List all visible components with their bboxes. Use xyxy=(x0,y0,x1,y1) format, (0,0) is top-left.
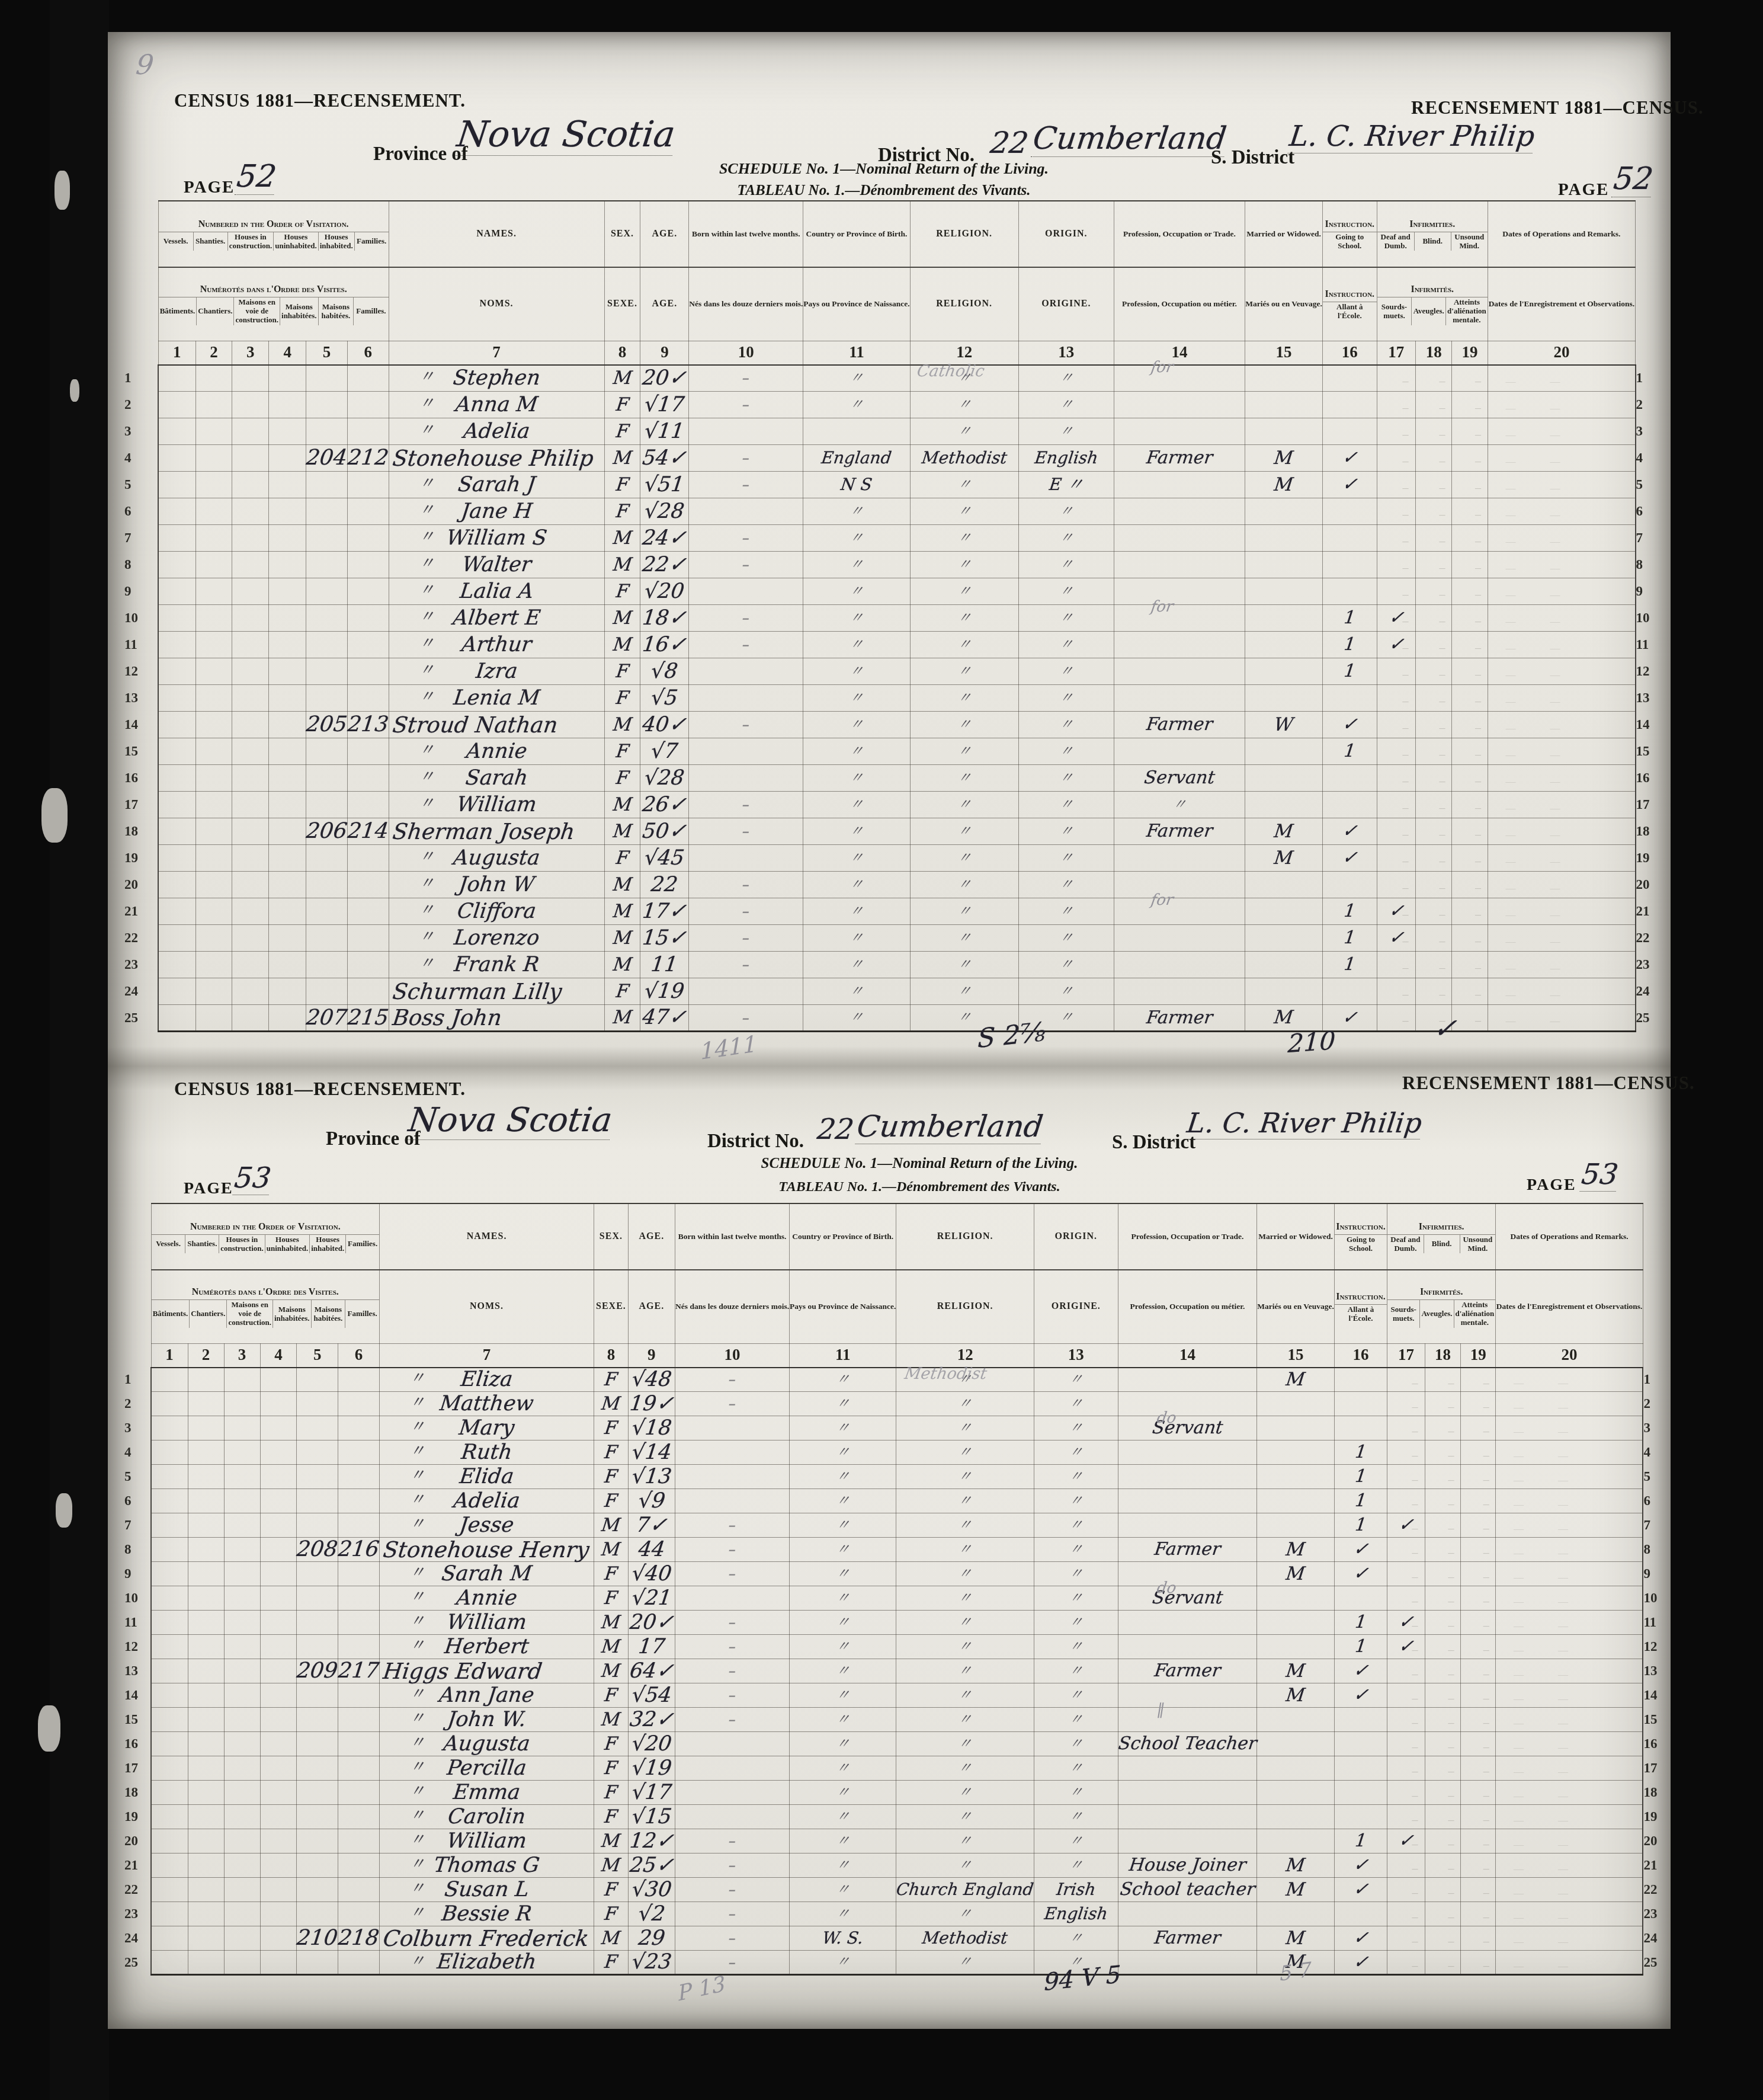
birthplace-cell: 〃 xyxy=(790,1902,896,1926)
visitation-cell xyxy=(260,1513,297,1538)
line-number-left: 11 xyxy=(124,1611,151,1635)
line-number: 7 xyxy=(1643,1518,1650,1532)
visitation-cell xyxy=(260,1756,297,1781)
visitation-cell xyxy=(151,1538,188,1562)
line-number: 9 xyxy=(1643,1566,1650,1581)
married-widowed-cell: M xyxy=(1257,1538,1335,1562)
born-12mo-cell: – xyxy=(689,605,803,632)
deaf-dumb-cell xyxy=(1377,712,1415,738)
visitation-cell xyxy=(269,792,306,818)
religion-value: 〃 xyxy=(909,612,1019,625)
age-cell: √2 xyxy=(628,1902,675,1926)
deaf-dumb-cell xyxy=(1377,978,1415,1005)
sex-value: F xyxy=(604,849,642,867)
person-name: William xyxy=(379,1831,595,1852)
blind-cell xyxy=(1415,872,1451,898)
origin-value: 〃 xyxy=(1018,905,1114,918)
name-cell: 〃Herbert xyxy=(379,1635,594,1659)
occupation-cell: Farmer xyxy=(1118,1926,1256,1951)
column-header-label: Maisons inhabitées. xyxy=(273,1300,311,1328)
origin-value: 〃 xyxy=(1018,958,1114,972)
column-header-label: Families. xyxy=(345,1235,379,1254)
going-to-school-cell: 1 xyxy=(1334,1829,1387,1853)
school-mark: ✓ xyxy=(1334,1541,1388,1558)
blind-cell xyxy=(1425,1732,1460,1756)
line-number: 22 xyxy=(1643,1882,1657,1897)
religion-cell: 〃 xyxy=(896,1538,1034,1562)
sex-cell: M xyxy=(604,632,640,658)
visitation-cell xyxy=(195,978,232,1005)
unsound-mind-cell xyxy=(1461,1853,1496,1878)
occupation-value: Farmer xyxy=(1117,1929,1258,1947)
column-number-15: 15 xyxy=(1257,1343,1335,1368)
visitation-cell xyxy=(158,845,195,872)
column-number-18: 18 xyxy=(1425,1343,1460,1368)
name-cell: 〃William xyxy=(389,792,604,818)
remarks-cell xyxy=(1496,1489,1643,1513)
name-cell: 〃Frank R xyxy=(389,952,604,978)
column-number-11: 11 xyxy=(790,1343,896,1368)
line-number-left: 18 xyxy=(124,818,158,845)
blind-cell xyxy=(1415,472,1451,498)
table-row: 13209217Higgs EdwardM64✓–〃〃〃FarmerM✓13 xyxy=(124,1659,1671,1683)
house-number-cell xyxy=(297,1489,338,1513)
column-header-label: Bâtiments. xyxy=(152,1300,190,1328)
school-mark: ✓ xyxy=(1322,849,1377,867)
birthplace-value: 〃 xyxy=(789,1494,897,1508)
blind-cell xyxy=(1415,578,1451,605)
line-number: 25 xyxy=(1643,1955,1657,1970)
birthplace-value: 〃 xyxy=(803,692,911,705)
born-12mo-cell: – xyxy=(689,952,803,978)
birthplace-cell: 〃 xyxy=(790,1513,896,1538)
religion-value: 〃 xyxy=(896,1907,1034,1921)
house-number-cell xyxy=(297,1781,338,1805)
line-number: 16 xyxy=(124,770,138,785)
family-number-cell xyxy=(338,1586,380,1611)
person-name: Adelia xyxy=(387,421,605,442)
born-12mo-mark: – xyxy=(688,878,804,892)
line-number: 20 xyxy=(124,877,138,892)
remarks-cell xyxy=(1496,1538,1643,1562)
unsound-mind-cell xyxy=(1452,445,1488,472)
house-number: 210 xyxy=(296,1928,339,1949)
visitation-cell xyxy=(232,365,269,392)
born-12mo-cell: – xyxy=(675,1392,790,1416)
age-cell: √11 xyxy=(640,418,689,445)
visitation-cell xyxy=(224,1902,260,1926)
line-number: 5 xyxy=(1636,477,1643,492)
table-body: 1〃ElizaF√48–〃Methodist〃〃M12〃MatthewM19✓–… xyxy=(124,1368,1671,1975)
line-number-right: 7 xyxy=(1636,525,1671,552)
line-number-left: 14 xyxy=(124,1683,151,1708)
origin-value: 〃 xyxy=(1033,1664,1118,1678)
column-header-15: Mariés ou en Veuvage. xyxy=(1245,267,1323,341)
age-value: 44 xyxy=(627,1539,677,1560)
origin-value: 〃 xyxy=(1033,1762,1118,1775)
column-number-4: 4 xyxy=(260,1343,297,1368)
origin-cell: 〃 xyxy=(1018,898,1114,925)
line-number: 13 xyxy=(124,1663,138,1678)
line-number-left: 6 xyxy=(124,1489,151,1513)
birthplace-cell: 〃 xyxy=(803,925,910,952)
visitation-cell xyxy=(158,952,195,978)
visitation-cell xyxy=(188,1732,224,1756)
line-number: 19 xyxy=(124,850,138,865)
table-body: 1〃StephenM20✓–〃Catholic〃〃for12〃Anna MF√1… xyxy=(124,365,1671,1032)
line-number: 16 xyxy=(1643,1736,1657,1751)
column-header-label: Allant à l'École. xyxy=(1335,1305,1387,1324)
visitation-cell xyxy=(269,632,306,658)
person-name: Frank R xyxy=(387,955,605,975)
age-cell: √17 xyxy=(640,392,689,418)
visitation-cell xyxy=(232,658,269,685)
visitation-cell xyxy=(232,765,269,792)
age-value: √28 xyxy=(639,768,690,789)
going-to-school-cell xyxy=(1322,525,1377,552)
line-number: 6 xyxy=(124,504,132,518)
married-widowed-cell xyxy=(1257,1902,1335,1926)
birthplace-cell: 〃 xyxy=(803,1005,910,1032)
occupation-cell xyxy=(1118,1756,1256,1781)
age-cell: 64✓ xyxy=(628,1659,675,1683)
age-value: √18 xyxy=(627,1418,677,1439)
school-mark: 1 xyxy=(1322,929,1377,947)
origin-cell: Irish xyxy=(1034,1878,1118,1902)
house-number-cell xyxy=(297,1951,338,1975)
column-number-1: 1 xyxy=(158,341,195,365)
column-number-17: 17 xyxy=(1387,1343,1425,1368)
married-value: M xyxy=(1244,449,1323,468)
religion-cell: 〃 xyxy=(896,1465,1034,1489)
deaf-dumb-cell xyxy=(1387,1392,1425,1416)
line-number-right: 9 xyxy=(1636,578,1671,605)
school-mark: 1 xyxy=(1322,956,1377,974)
column-header-7: NAMES. xyxy=(389,201,604,267)
going-to-school-cell: 1 xyxy=(1334,1465,1387,1489)
birthplace-cell: 〃 xyxy=(790,1586,896,1611)
married-widowed-cell xyxy=(1245,925,1323,952)
person-name: Thomas G xyxy=(379,1855,595,1876)
line-number: 14 xyxy=(124,1688,138,1702)
origin-cell: 〃 xyxy=(1034,1659,1118,1683)
visitation-cell xyxy=(188,1683,224,1708)
visitation-cell xyxy=(151,1951,188,1975)
line-number-left: 12 xyxy=(124,1635,151,1659)
remarks-cell xyxy=(1488,685,1635,712)
birthplace-value: England xyxy=(803,450,911,466)
line-number: 4 xyxy=(124,450,132,465)
visitation-cell xyxy=(188,1878,224,1902)
person-name: Jane H xyxy=(387,501,605,522)
house-number-cell xyxy=(306,605,348,632)
unsound-mind-cell xyxy=(1461,1829,1496,1853)
school-mark: ✓ xyxy=(1334,1662,1388,1680)
column-number-9: 9 xyxy=(640,341,689,365)
line-number-left: 4 xyxy=(124,1440,151,1465)
religion-cell: 〃 xyxy=(910,712,1018,738)
column-header-label: Houses uninhabited. xyxy=(273,232,318,251)
sex-cell: M xyxy=(604,818,640,845)
occupation-cell xyxy=(1118,1465,1256,1489)
birthplace-cell: 〃 xyxy=(790,1611,896,1635)
blind-cell xyxy=(1425,1805,1460,1829)
sex-value: F xyxy=(593,1953,629,1971)
unsound-mind-cell xyxy=(1461,1586,1496,1611)
house-number-cell: 209 xyxy=(297,1659,338,1683)
line-number: 12 xyxy=(1643,1639,1657,1654)
occupation-value: 〃 xyxy=(1113,798,1245,812)
group-grid: Deaf and Dumb.Blind.Unsound Mind. xyxy=(1387,1235,1495,1254)
sex-cell: F xyxy=(604,685,640,712)
sub-district-handwritten: L. C. River Philip xyxy=(1185,1107,1424,1139)
family-number-cell: 212 xyxy=(347,445,389,472)
person-name: Annie xyxy=(387,741,605,762)
remarks-cell xyxy=(1488,792,1635,818)
sex-value: M xyxy=(593,1516,629,1535)
visitation-cell xyxy=(195,472,232,498)
deaf-dumb-cell xyxy=(1377,578,1415,605)
school-mark: ✓ xyxy=(1322,716,1377,734)
origin-value: 〃 xyxy=(1033,1519,1118,1532)
line-number: 19 xyxy=(1643,1809,1657,1824)
column-header-label: Blind. xyxy=(1424,1235,1460,1254)
occupation-cell xyxy=(1118,1392,1256,1416)
religion-value: 〃 xyxy=(896,1446,1034,1459)
visitation-cell xyxy=(260,1708,297,1732)
line-number: 11 xyxy=(1636,637,1649,652)
visitation-cell xyxy=(232,1005,269,1032)
occupation-cell xyxy=(1114,578,1245,605)
age-value: √8 xyxy=(639,661,690,682)
name-cell: 〃Cliffora xyxy=(389,898,604,925)
family-number-cell xyxy=(338,1465,380,1489)
family-number-cell xyxy=(347,392,389,418)
visitation-cell xyxy=(151,1805,188,1829)
age-value: 19✓ xyxy=(627,1394,677,1414)
birthplace-cell: 〃 xyxy=(790,1853,896,1878)
age-value: √2 xyxy=(627,1904,677,1925)
line-number-right: 5 xyxy=(1636,472,1671,498)
sex-cell: F xyxy=(594,1440,629,1465)
deaf-dumb-mark: ✓ xyxy=(1376,902,1416,920)
deaf-dumb-cell xyxy=(1377,365,1415,392)
religion-value: 〃 xyxy=(896,1786,1034,1800)
going-to-school-cell xyxy=(1334,1805,1387,1829)
birthplace-cell: 〃 xyxy=(803,578,910,605)
column-number-2: 2 xyxy=(195,341,232,365)
line-number-left: 11 xyxy=(124,632,158,658)
family-number-cell xyxy=(338,1853,380,1878)
page-no-right-handwritten: 53 xyxy=(1580,1158,1620,1192)
visitation-cell xyxy=(195,952,232,978)
line-number-left: 24 xyxy=(124,978,158,1005)
blind-cell xyxy=(1425,1513,1460,1538)
column-number-11: 11 xyxy=(803,341,910,365)
birthplace-cell: 〃 xyxy=(790,1392,896,1416)
remarks-cell xyxy=(1496,1586,1643,1611)
birthplace-value: 〃 xyxy=(803,905,911,918)
age-value: √15 xyxy=(627,1807,677,1827)
age-value: 32✓ xyxy=(627,1710,677,1730)
birthplace-value: 〃 xyxy=(803,931,911,945)
birthplace-value: 〃 xyxy=(803,532,911,545)
table-row: 11〃WilliamM20✓–〃〃〃1✓11 xyxy=(124,1611,1671,1635)
age-cell: 44 xyxy=(628,1538,675,1562)
line-number: 24 xyxy=(1643,1931,1657,1945)
family-number-cell xyxy=(347,605,389,632)
origin-cell: 〃 xyxy=(1018,365,1114,392)
occupation-cell xyxy=(1118,1440,1256,1465)
page-title-left: CENSUS 1881—RECENSEMENT. xyxy=(174,90,466,111)
age-value: √11 xyxy=(639,421,690,442)
origin-value: 〃 xyxy=(1018,692,1114,705)
remarks-cell xyxy=(1488,952,1635,978)
table-row: 1〃ElizaF√48–〃Methodist〃〃M1 xyxy=(124,1368,1671,1392)
occupation-value: Farmer xyxy=(1113,449,1246,467)
blind-cell xyxy=(1415,418,1451,445)
visitation-cell xyxy=(269,818,306,845)
born-12mo-cell: – xyxy=(675,1513,790,1538)
occupation-cell: for xyxy=(1114,605,1245,632)
column-header-label: Vessels. xyxy=(152,1235,185,1254)
column-number-14: 14 xyxy=(1118,1343,1256,1368)
born-12mo-cell: – xyxy=(689,445,803,472)
deaf-dumb-cell xyxy=(1387,1489,1425,1513)
table-row: 20〃John WM22–〃〃〃20 xyxy=(124,872,1671,898)
marginal-annotation: ✓ xyxy=(1432,1012,1459,1044)
deaf-dumb-cell xyxy=(1377,498,1415,525)
line-number-header xyxy=(124,1343,151,1368)
line-number: 21 xyxy=(1643,1858,1657,1872)
column-header-14: Profession, Occupation ou métier. xyxy=(1118,1270,1256,1343)
age-cell: 54✓ xyxy=(640,445,689,472)
age-cell: √48 xyxy=(628,1368,675,1392)
line-number-right: 12 xyxy=(1643,1635,1671,1659)
remarks-cell xyxy=(1496,1562,1643,1586)
family-number-cell xyxy=(338,1805,380,1829)
blind-cell xyxy=(1425,1951,1460,1975)
occupation-value: Farmer xyxy=(1113,716,1246,734)
line-number-header xyxy=(1643,1270,1671,1343)
name-cell: 〃Ann Jane xyxy=(379,1683,594,1708)
person-name: Herbert xyxy=(379,1637,595,1657)
religion-cell: 〃 xyxy=(896,1756,1034,1781)
age-cell: √19 xyxy=(640,978,689,1005)
column-header-9: AGE. xyxy=(628,1203,675,1270)
born-12mo-mark: – xyxy=(675,1688,790,1702)
married-value: M xyxy=(1256,1856,1335,1875)
person-name: Bessie R xyxy=(379,1904,595,1925)
birthplace-cell: 〃 xyxy=(790,1708,896,1732)
school-mark: ✓ xyxy=(1334,1881,1388,1899)
origin-cell: 〃 xyxy=(1018,952,1114,978)
line-number: 9 xyxy=(124,584,132,598)
going-to-school-cell: ✓ xyxy=(1322,818,1377,845)
sex-value: F xyxy=(593,1589,629,1608)
line-number-left: 3 xyxy=(124,418,158,445)
born-12mo-mark: – xyxy=(675,1615,790,1630)
married-widowed-cell xyxy=(1245,578,1323,605)
religion-value: 〃 xyxy=(896,1810,1034,1824)
table-row: 12〃HerbertM17–〃〃〃1✓12 xyxy=(124,1635,1671,1659)
visitation-cell xyxy=(158,765,195,792)
group-caption: Instruction. xyxy=(1323,287,1377,302)
age-cell: √21 xyxy=(628,1586,675,1611)
house-number-cell xyxy=(297,1440,338,1465)
age-cell: 20✓ xyxy=(640,365,689,392)
unsound-mind-cell xyxy=(1452,738,1488,765)
religion-cell: 〃 xyxy=(896,1853,1034,1878)
sub-district-handwritten: L. C. River Philip xyxy=(1288,120,1537,153)
religion-value: 〃 xyxy=(909,772,1019,785)
line-number: 22 xyxy=(124,1882,138,1897)
deaf-dumb-cell xyxy=(1387,1416,1425,1440)
family-number-cell xyxy=(338,1489,380,1513)
religion-cell: Methodist xyxy=(910,445,1018,472)
age-value: 25✓ xyxy=(627,1855,677,1876)
religion-cell: 〃 xyxy=(896,1562,1034,1586)
name-cell: Sherman Joseph xyxy=(389,818,604,845)
married-widowed-cell xyxy=(1245,392,1323,418)
line-number: 20 xyxy=(124,1833,138,1848)
family-number-cell xyxy=(338,1756,380,1781)
age-value: √30 xyxy=(627,1880,677,1900)
name-cell: 〃Mary xyxy=(379,1416,594,1440)
group-caption: Infirmités. xyxy=(1377,283,1488,297)
birthplace-cell: 〃 xyxy=(803,978,910,1005)
religion-cell: 〃 xyxy=(896,1829,1034,1853)
birthplace-cell: 〃 xyxy=(790,1829,896,1853)
page-title-right: RECENSEMENT 1881—CENSUS. xyxy=(1402,1073,1695,1094)
sex-cell: M xyxy=(604,552,640,578)
column-number-8: 8 xyxy=(594,1343,629,1368)
visitation-cell xyxy=(188,1926,224,1951)
family-number-cell xyxy=(347,872,389,898)
deaf-dumb-cell xyxy=(1377,472,1415,498)
page-no-label-right: PAGE xyxy=(1527,1176,1576,1195)
visitation-cell xyxy=(232,578,269,605)
born-12mo-cell: – xyxy=(675,1829,790,1853)
age-value: √48 xyxy=(627,1369,677,1390)
header-group-infirmities: Infirmities.Deaf and Dumb.Blind.Unsound … xyxy=(1377,201,1488,267)
line-number-left: 20 xyxy=(124,1829,151,1853)
religion-value: 〃 xyxy=(909,745,1019,758)
blind-cell xyxy=(1425,1635,1460,1659)
line-number-right: 16 xyxy=(1643,1732,1671,1756)
house-number-cell xyxy=(306,552,348,578)
religion-value: 〃 xyxy=(896,1762,1034,1775)
line-number-left: 13 xyxy=(124,685,158,712)
religion-cell: 〃 xyxy=(910,818,1018,845)
visitation-cell xyxy=(260,1440,297,1465)
person-name: Susan L xyxy=(379,1880,595,1900)
visitation-cell xyxy=(260,1392,297,1416)
sex-cell: F xyxy=(594,1489,629,1513)
blind-cell xyxy=(1415,632,1451,658)
school-mark: ✓ xyxy=(1334,1686,1388,1704)
line-number-right: 21 xyxy=(1643,1853,1671,1878)
house-number-cell: 206 xyxy=(306,818,348,845)
sex-value: F xyxy=(604,662,642,681)
remarks-cell xyxy=(1488,978,1635,1005)
going-to-school-cell xyxy=(1322,498,1377,525)
column-header-11: Pays ou Province de Naissance. xyxy=(790,1270,896,1343)
occupation-value: Farmer xyxy=(1113,1009,1246,1027)
married-widowed-cell: M xyxy=(1257,1853,1335,1878)
column-header-15: Mariés ou en Veuvage. xyxy=(1257,1270,1335,1343)
visitation-cell xyxy=(269,658,306,685)
